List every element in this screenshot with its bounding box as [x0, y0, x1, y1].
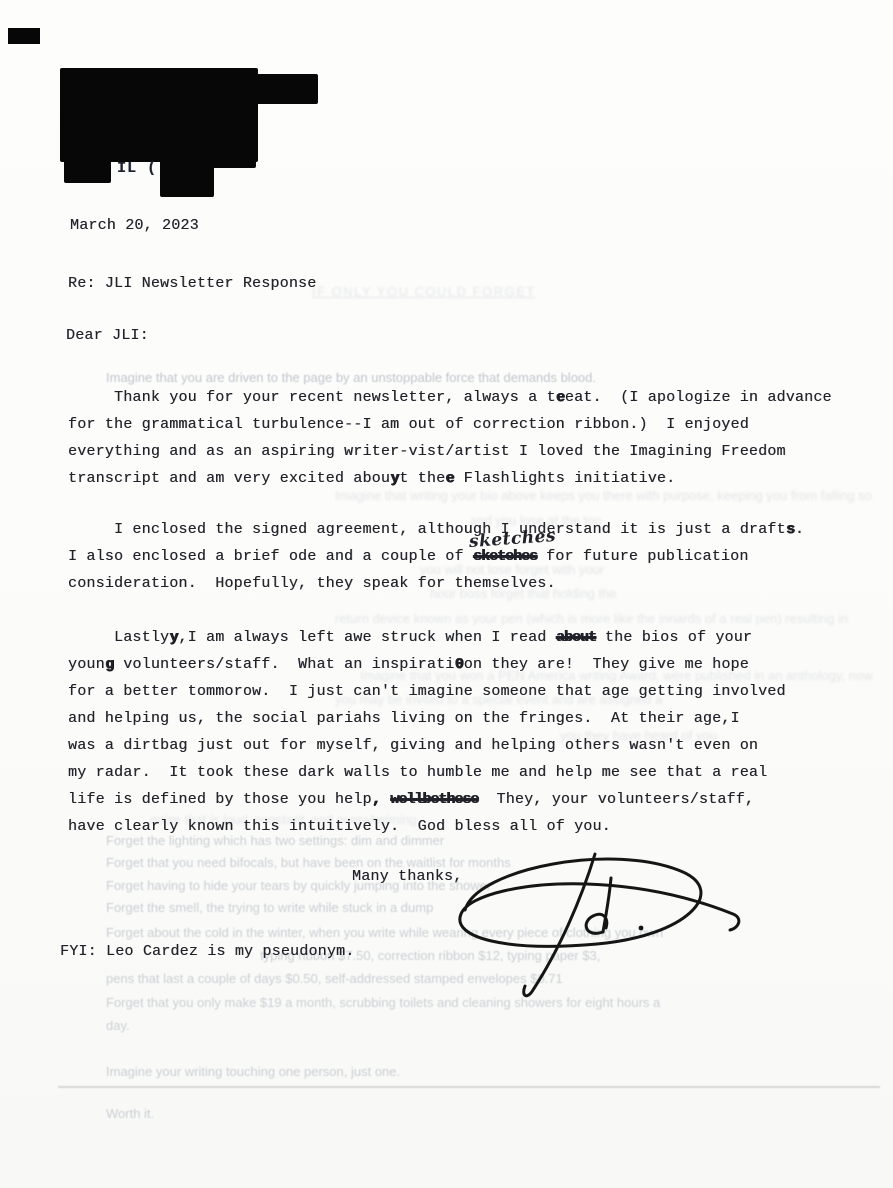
letter-line: life is defined by those you help, wellb… — [68, 786, 786, 813]
letter-line: transcript and am very excited abouyt th… — [68, 465, 832, 492]
letter-postscript: FYI: Leo Cardez is my pseudonym. — [60, 938, 354, 965]
letter-line: and helping us, the social pariahs livin… — [68, 705, 786, 732]
redaction-visible-text: IL ( — [117, 160, 157, 177]
corrected-word: sketehessketches — [473, 543, 537, 570]
letter-line: was a dirtbag just out for myself, givin… — [68, 732, 786, 759]
bleed-through-line: Imagine that you are driven to the page … — [106, 370, 596, 385]
letter-line: my radar. It took these dark walls to hu… — [68, 759, 786, 786]
letter-line: have clearly known this intuitively. God… — [68, 813, 786, 840]
letter-line: Lastlyy,I am always left awe struck when… — [68, 624, 786, 651]
redaction-block — [212, 147, 256, 168]
page-crease-line — [58, 1086, 880, 1088]
scan-artifact-mark — [8, 28, 40, 44]
scanned-letter-page: IL ( IF ONLY YOU COULD FORGETImagine tha… — [0, 0, 893, 1188]
letter-date: March 20, 2023 — [70, 212, 199, 239]
letter-line: for the grammatical turbulence--I am out… — [68, 411, 832, 438]
bleed-through-line: Imagine your writing touching one person… — [106, 1064, 400, 1079]
letter-line: I also enclosed a brief ode and a couple… — [68, 543, 804, 570]
letter-paragraph-2: I enclosed the signed agreement, althoug… — [68, 516, 804, 597]
letter-subject: Re: JLI Newsletter Response — [68, 270, 316, 297]
redaction-block — [64, 156, 111, 183]
letter-paragraph-1: Thank you for your recent newsletter, al… — [68, 384, 832, 492]
redaction-block — [160, 157, 214, 197]
bleed-through-line: Forget the smell, the trying to write wh… — [106, 900, 433, 915]
bleed-through-line: Worth it. — [106, 1106, 154, 1121]
signature-slash — [524, 854, 595, 996]
bleed-through-line: IF ONLY YOU COULD FORGET — [312, 284, 536, 299]
redaction-block — [255, 74, 318, 104]
letter-line: for a better tommorow. I just can't imag… — [68, 678, 786, 705]
letter-salutation: Dear JLI: — [66, 322, 149, 349]
bleed-through-line: day. — [106, 1018, 130, 1033]
letter-line: everything and as an aspiring writer-vis… — [68, 438, 832, 465]
letter-line: I enclosed the signed agreement, althoug… — [68, 516, 804, 543]
handwritten-signature — [435, 838, 755, 1023]
signature-dot — [639, 926, 644, 931]
letter-line: Thank you for your recent newsletter, al… — [68, 384, 832, 411]
letter-paragraph-3: Lastlyy,I am always left awe struck when… — [68, 624, 786, 840]
letter-line: consideration. Hopefully, they speak for… — [68, 570, 804, 597]
letter-line: young volunteers/staff. What an inspirat… — [68, 651, 786, 678]
